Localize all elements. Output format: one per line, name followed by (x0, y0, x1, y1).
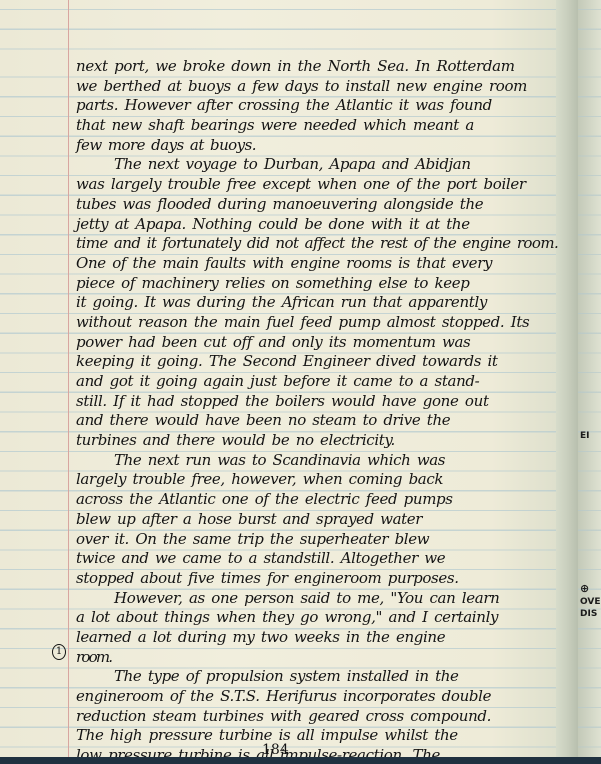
text-line: still. If it had stopped the boilers wou… (76, 392, 566, 412)
adjacent-ruled-lines (578, 0, 601, 757)
text-line: keeping it going. The Second Engineer di… (76, 352, 566, 372)
text-line: across the Atlantic one of the electric … (76, 490, 566, 510)
margin-note-marker: 1 (52, 644, 66, 660)
text-line: it going. It was during the African run … (76, 293, 566, 313)
handwritten-text: next port, we broke down in the North Se… (76, 57, 566, 757)
text-line: turbines and there would be no electrici… (76, 431, 566, 451)
text-line: engineroom of the S.T.S. Herifurus incor… (76, 687, 566, 707)
text-line: reduction steam turbines with geared cro… (76, 707, 566, 727)
text-line: and there would have been no steam to dr… (76, 411, 566, 431)
text-line: over it. On the same trip the superheate… (76, 530, 566, 550)
scan-border (0, 757, 601, 764)
text-line: The next voyage to Durban, Apapa and Abi… (76, 155, 566, 175)
text-line: stopped about five times for engineroom … (76, 569, 566, 589)
text-line: The type of propulsion system installed … (76, 667, 566, 687)
text-line: One of the main faults with engine rooms… (76, 254, 566, 274)
text-line: we berthed at buoys a few days to instal… (76, 77, 566, 97)
text-line: piece of machinery relies on something e… (76, 274, 566, 294)
crosshair-icon: ⊕ (580, 584, 589, 594)
text-line: jetty at Apapa. Nothing could be done wi… (76, 215, 566, 235)
text-line: largely trouble free, however, when comi… (76, 470, 566, 490)
text-line: parts. However after crossing the Atlant… (76, 96, 566, 116)
text-line: next port, we broke down in the North Se… (76, 57, 566, 77)
text-line: was largely trouble free except when one… (76, 175, 566, 195)
text-line: without reason the main fuel feed pump a… (76, 313, 566, 333)
text-line: a lot about things when they go wrong," … (76, 608, 566, 628)
text-line: time and it fortunately did not affect t… (76, 234, 566, 254)
text-line: learned a lot during my two weeks in the… (76, 628, 566, 648)
text-line: power had been cut off and only its mome… (76, 333, 566, 353)
text-line: The high pressure turbine is all impulse… (76, 726, 566, 746)
journal-page: next port, we broke down in the North Se… (0, 0, 578, 757)
text-line: tubes was flooded during manoeuvering al… (76, 195, 566, 215)
text-line: that new shaft bearings were needed whic… (76, 116, 566, 136)
text-line: blew up after a hose burst and sprayed w… (76, 510, 566, 530)
adjacent-label-dis: DIS (580, 609, 597, 619)
text-line: low pressure turbine is all impulse-reac… (76, 746, 566, 757)
adjacent-label-ove: OVE (580, 597, 601, 607)
text-line: and got it going again just before it ca… (76, 372, 566, 392)
text-line: few more days at buoys. (76, 136, 566, 156)
text-line: However, as one person said to me, "You … (76, 589, 566, 609)
adjacent-page-edge: EI ⊕ OVE DIS (578, 0, 601, 757)
text-line: The next run was to Scandinavia which wa… (76, 451, 566, 471)
text-line: room. (76, 648, 566, 668)
margin-line (68, 0, 69, 757)
page-number: 184 (262, 742, 289, 757)
text-line: twice and we came to a standstill. Altog… (76, 549, 566, 569)
adjacent-label-ei: EI (580, 431, 590, 441)
